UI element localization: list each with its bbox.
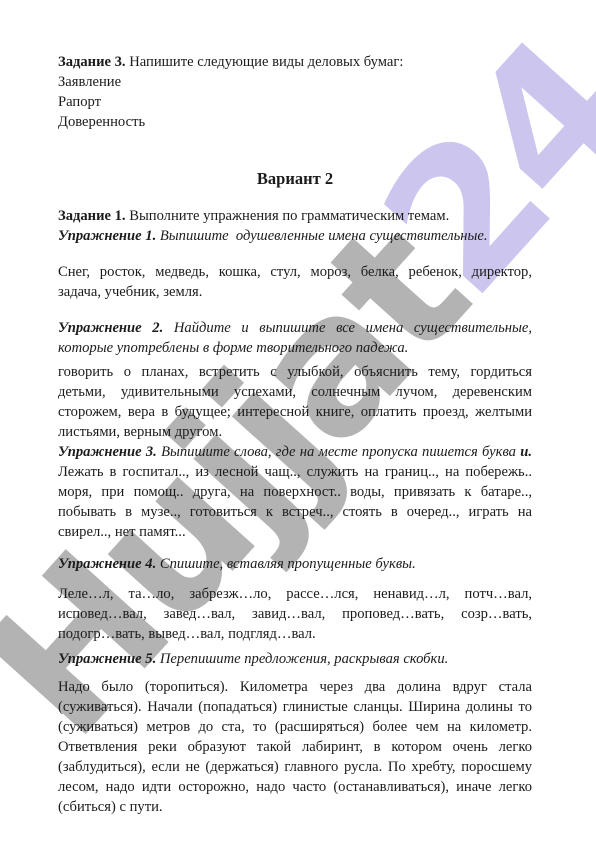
exercise-4-title: Упражнение 4. Спишите, вставляя пропущен… <box>58 554 532 574</box>
text-run: Найдите и выпишите все имена существител… <box>163 320 532 336</box>
text-line: Надо было (торопиться). Километра через … <box>58 677 532 697</box>
text-run: Лежать в госпитал.., из лесной чащ.., сл… <box>58 464 532 480</box>
text-line: Задание 1. Выполните упражнения по грамм… <box>58 206 532 226</box>
task-1-line: Задание 1. Выполните упражнения по грамм… <box>58 206 532 226</box>
exercise-1-words: Снег, росток, медведь, кошка, стул, моро… <box>58 262 532 302</box>
text-run: сторожем, вера в будущее; интересной кни… <box>58 404 532 420</box>
text-run: Задание 3. <box>58 54 126 70</box>
text-run: Рапорт <box>58 94 101 110</box>
text-line: (сбиться) с пути. <box>58 797 532 817</box>
text-run: Надо было (торопиться). Километра через … <box>58 679 532 695</box>
text-run: Упражнение 2. <box>58 320 163 336</box>
text-run: которые употреблены в форме творительног… <box>58 340 408 356</box>
text-run: Снег, росток, медведь, кошка, стул, моро… <box>58 264 532 280</box>
text-run: задача, учебник, земля. <box>58 284 202 300</box>
text-run: и. <box>520 444 532 460</box>
text-run: лесом, надо идти осторожно, надо часто (… <box>58 779 532 795</box>
document-page: Hujjat24 Задание 3. Напишите следующие в… <box>0 0 596 842</box>
text-line: которые употреблены в форме творительног… <box>58 338 532 358</box>
text-run: детьми, удивительными успехами, солнечны… <box>58 384 532 400</box>
text-run: Напишите следующие виды деловых бумаг: <box>126 54 404 70</box>
text-run: Перепишите предложения, раскрывая скобки… <box>156 651 448 667</box>
text-line: подогр…вать, вывед…вал, подгляд…вал. <box>58 624 532 644</box>
doc-type-doverennost: Доверенность <box>58 112 532 132</box>
document-content: Задание 3. Напишите следующие виды делов… <box>58 52 532 817</box>
text-line: моря, при помощ.. друга, на поверхност..… <box>58 482 532 502</box>
text-line: Заявление <box>58 72 532 92</box>
doc-type-raport: Рапорт <box>58 92 532 112</box>
text-line: Упражнение 5. Перепишите предложения, ра… <box>58 649 532 669</box>
text-line: Упражнение 4. Спишите, вставляя пропущен… <box>58 554 532 574</box>
text-run: Упражнение 3. <box>58 444 157 460</box>
text-line: лесом, надо идти осторожно, надо часто (… <box>58 777 532 797</box>
text-line: Снег, росток, медведь, кошка, стул, моро… <box>58 262 532 282</box>
text-line: Леле…л, та…ло, забрезж…ло, рассе…лся, не… <box>58 584 532 604</box>
text-line: Вариант 2 <box>58 168 532 190</box>
doc-type-zayavlenie: Заявление <box>58 72 532 92</box>
text-run: Упражнение 5. <box>58 651 156 667</box>
text-line: задача, учебник, земля. <box>58 282 532 302</box>
text-run: исповед…вал, завед…вал, завид…вал, пропо… <box>58 606 532 622</box>
variant-heading: Вариант 2 <box>58 168 532 190</box>
text-run: Упражнение 1. <box>58 228 156 244</box>
exercise-5-title: Упражнение 5. Перепишите предложения, ра… <box>58 649 532 669</box>
text-run: Упражнение 4. <box>58 556 156 572</box>
text-line: исповед…вал, завед…вал, завид…вал, пропо… <box>58 604 532 624</box>
text-line: говорить о планах, встретить с улыбкой, … <box>58 362 532 382</box>
text-run: Леле…л, та…ло, забрезж…ло, рассе…лся, не… <box>58 586 532 602</box>
text-run: Задание 1. <box>58 208 126 224</box>
text-run: побывать в музе.., готовиться к встреч..… <box>58 504 532 520</box>
exercise-4-words: Леле…л, та…ло, забрезж…ло, рассе…лся, не… <box>58 584 532 644</box>
text-line: Лежать в госпитал.., из лесной чащ.., сл… <box>58 462 532 482</box>
text-run: Выпишите одушевленные имена существитель… <box>156 228 487 244</box>
text-line: Задание 3. Напишите следующие виды делов… <box>58 52 532 72</box>
exercise-1-title: Упражнение 1. Выпишите одушевленные имен… <box>58 226 532 246</box>
text-line: свирел.., нет памят... <box>58 522 532 542</box>
text-run: (заблудиться), если не (держаться) главн… <box>58 759 532 775</box>
text-line: Доверенность <box>58 112 532 132</box>
exercise-2-title: Упражнение 2. Найдите и выпишите все име… <box>58 318 532 358</box>
text-run: подогр…вать, вывед…вал, подгляд…вал. <box>58 626 316 642</box>
text-run: Заявление <box>58 74 121 90</box>
text-run: говорить о планах, встретить с улыбкой, … <box>58 364 532 380</box>
text-run: (сбиться) с пути. <box>58 799 163 815</box>
text-run: Ответвления реки образуют такой лабиринт… <box>58 739 532 755</box>
text-run: Вариант 2 <box>257 169 333 188</box>
exercise-5-text: Надо было (торопиться). Километра через … <box>58 677 532 817</box>
text-line: побывать в музе.., готовиться к встреч..… <box>58 502 532 522</box>
text-line: листьями, верным другом. <box>58 422 532 442</box>
text-run: Выпишите слова, где на месте пропуска пи… <box>157 444 520 460</box>
task-3-line: Задание 3. Напишите следующие виды делов… <box>58 52 532 72</box>
text-run: Спишите, вставляя пропущенные буквы. <box>156 556 415 572</box>
text-run: листьями, верным другом. <box>58 424 222 440</box>
text-line: (суживаться) метров до ста, то (расширят… <box>58 717 532 737</box>
text-run: Выполните упражнения по грамматическим т… <box>126 208 450 224</box>
text-run: свирел.., нет памят... <box>58 524 186 540</box>
text-line: детьми, удивительными успехами, солнечны… <box>58 382 532 402</box>
text-line: Ответвления реки образуют такой лабиринт… <box>58 737 532 757</box>
text-line: сторожем, вера в будущее; интересной кни… <box>58 402 532 422</box>
exercise-2-words: говорить о планах, встретить с улыбкой, … <box>58 362 532 442</box>
text-line: Упражнение 3. Выпишите слова, где на мес… <box>58 442 532 462</box>
text-line: (заблудиться), если не (держаться) главн… <box>58 757 532 777</box>
text-run: Доверенность <box>58 114 145 130</box>
text-run: (суживаться). Начали (попадаться) глинис… <box>58 699 532 715</box>
text-line: Упражнение 1. Выпишите одушевленные имен… <box>58 226 532 246</box>
text-line: Упражнение 2. Найдите и выпишите все име… <box>58 318 532 338</box>
text-line: (суживаться). Начали (попадаться) глинис… <box>58 697 532 717</box>
exercise-3: Упражнение 3. Выпишите слова, где на мес… <box>58 442 532 542</box>
text-run: (суживаться) метров до ста, то (расширят… <box>58 719 532 735</box>
text-run: моря, при помощ.. друга, на поверхност..… <box>58 484 532 500</box>
text-line: Рапорт <box>58 92 532 112</box>
